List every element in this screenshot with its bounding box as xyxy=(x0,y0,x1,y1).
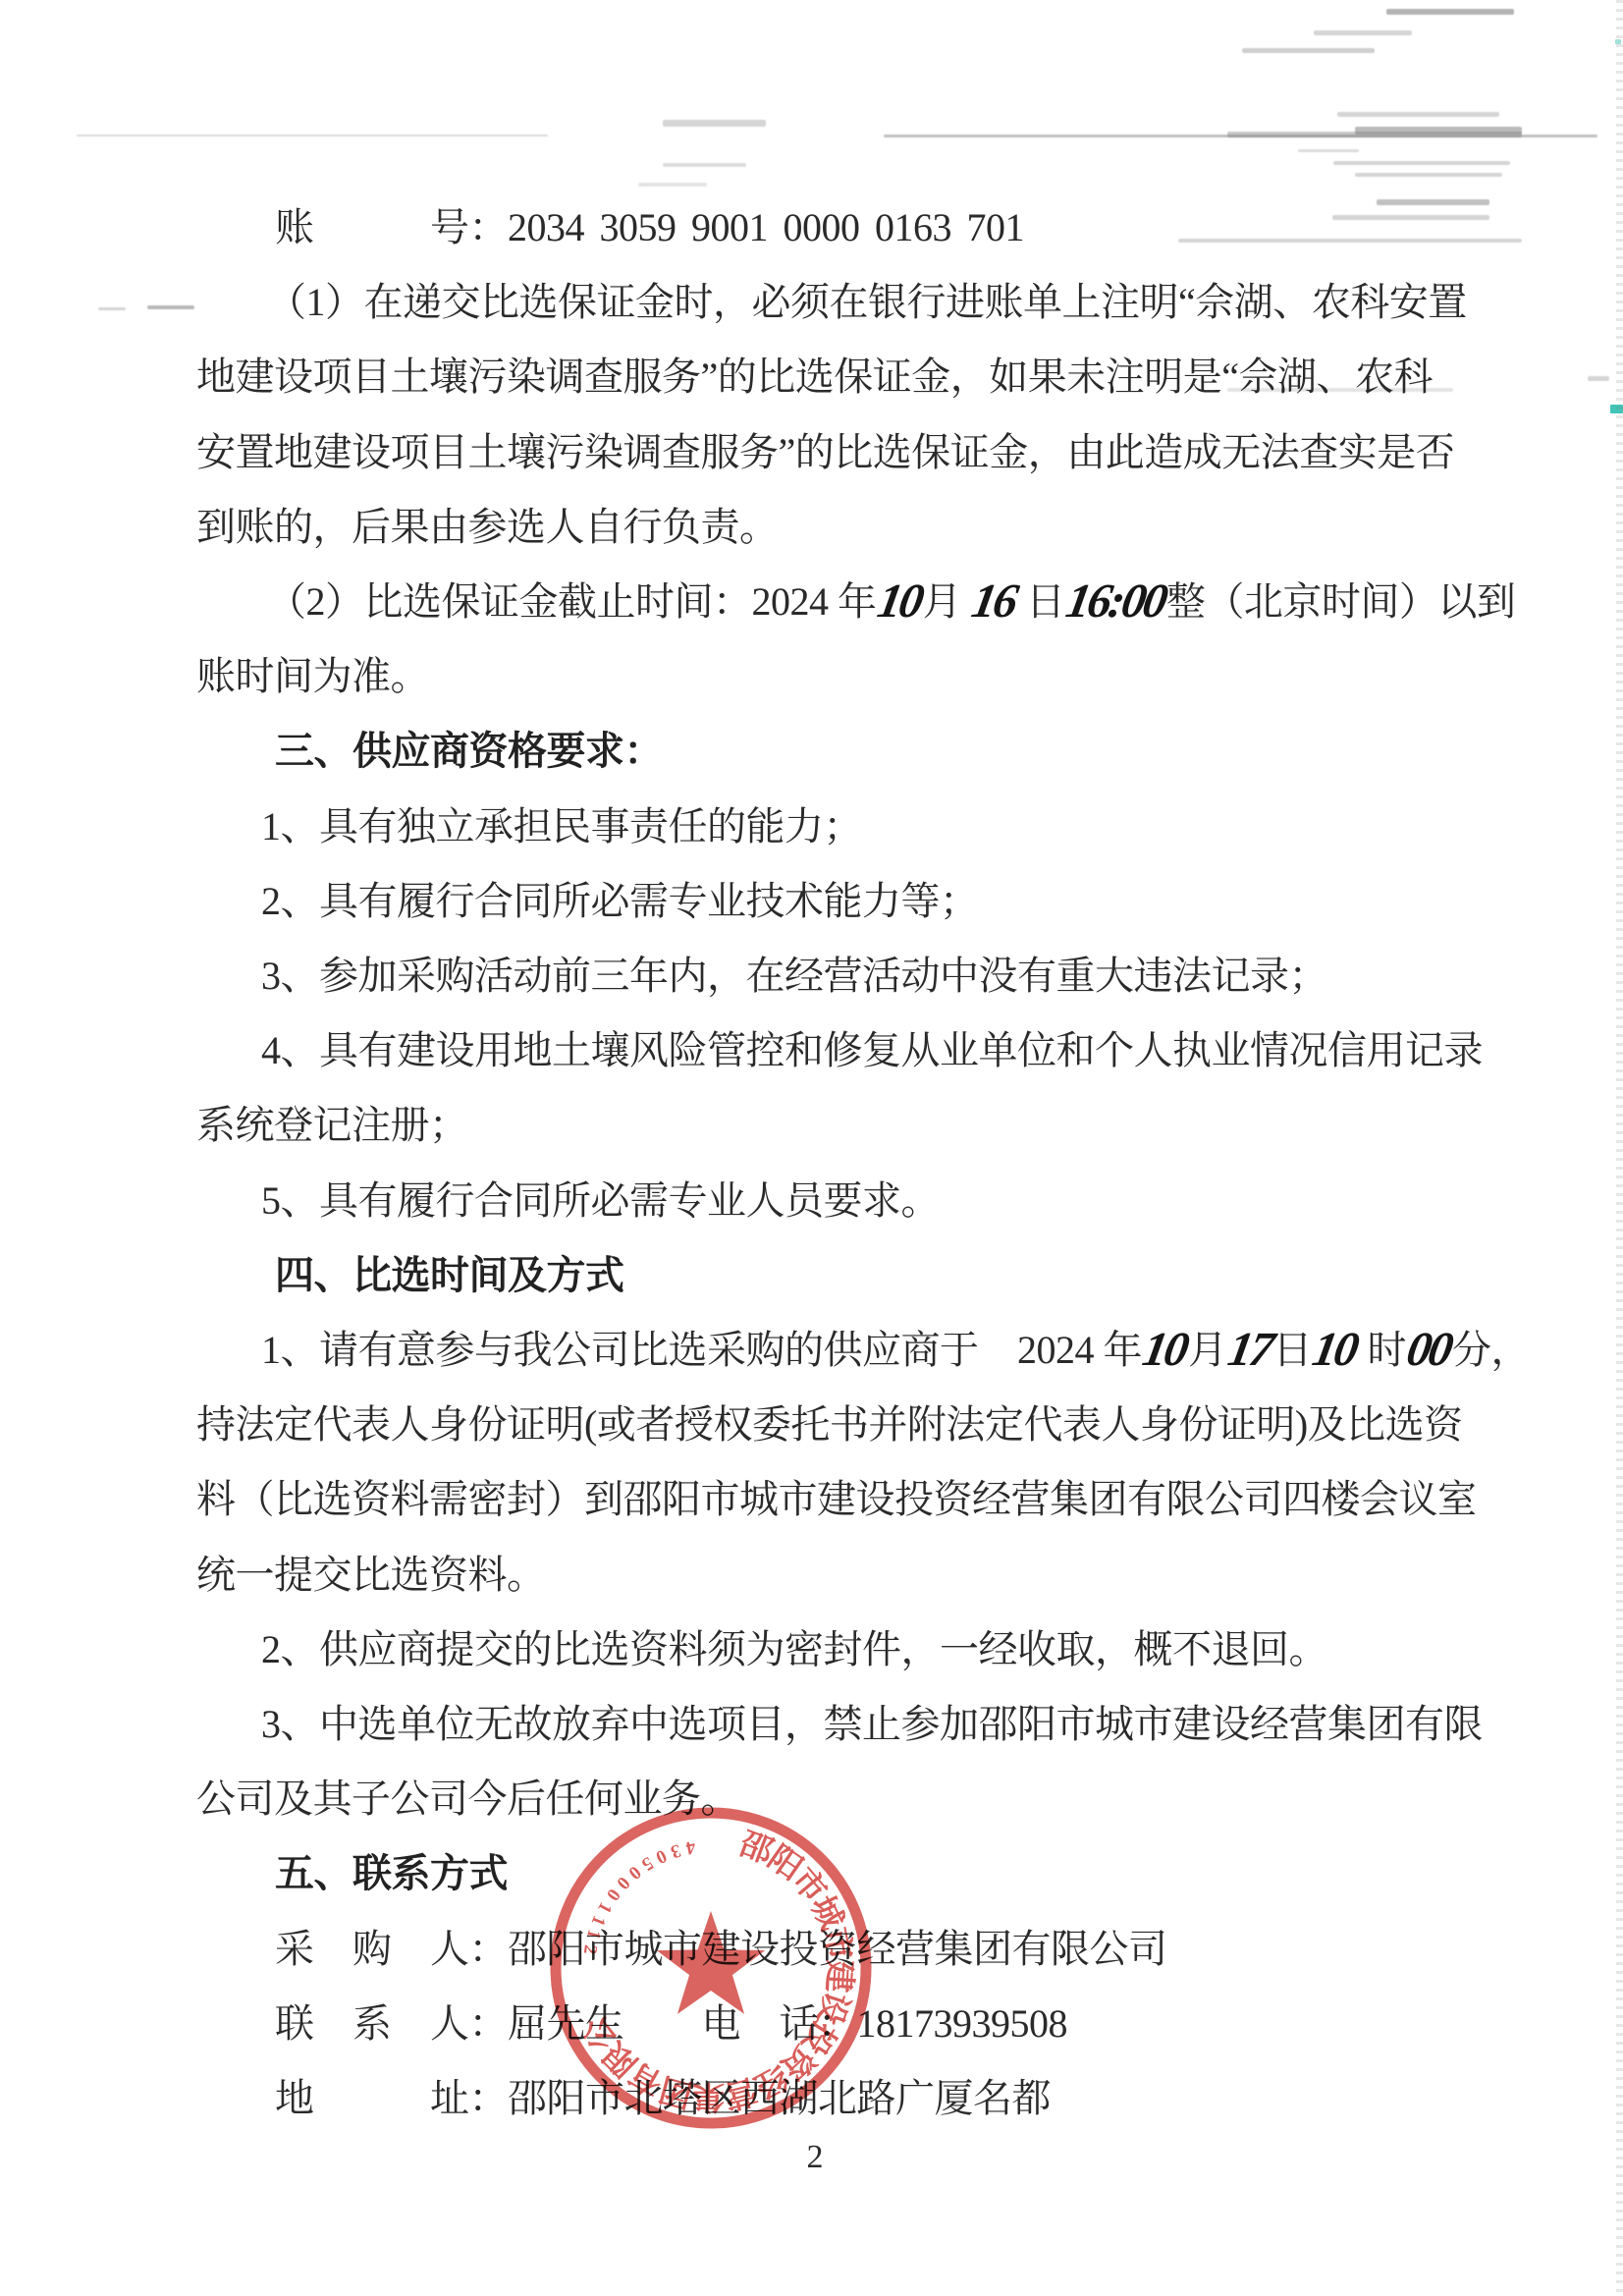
printed-text: 2、供应商提交的比选资料须为密封件，一经收取，概不退回。 xyxy=(261,1627,1327,1671)
edit-dash-artifact xyxy=(147,305,194,309)
printed-text: 整（北京时间）以到 xyxy=(1166,579,1516,624)
edit-dash-artifact xyxy=(98,307,126,310)
scanned-document-page: 账 号：2034 3059 9001 0000 0163 701（1）在递交比选… xyxy=(0,0,1623,2296)
text-line: 到账的，后果由参选人自行负责。 xyxy=(196,504,779,550)
scan-artifact xyxy=(1332,215,1489,220)
scan-artifact xyxy=(1314,30,1412,35)
text-line: 账 号：2034 3059 9001 0000 0163 701 xyxy=(275,204,1024,250)
printed-text: 五、联系方式 xyxy=(275,1851,508,1895)
scan-artifact xyxy=(1178,239,1522,243)
printed-text: 时 xyxy=(1358,1328,1406,1372)
text-line: （2）比选保证金截止时间：2024 年10月 16 日16:00整（北京时间）以… xyxy=(267,578,1515,625)
scan-artifact xyxy=(638,183,707,187)
scan-artifact xyxy=(1355,173,1502,177)
text-line: 3、中选单位无故放弃中选项目，禁止参加邵阳市城市建设经营集团有限 xyxy=(261,1701,1483,1747)
text-line: 5、具有履行合同所必需专业人员要求。 xyxy=(261,1177,940,1224)
scan-artifact xyxy=(1588,376,1609,381)
scan-edge-noise xyxy=(1616,0,1623,2296)
printed-text: 4、具有建设用地土壤风险管控和修复从业单位和个人执业情况信用记录 xyxy=(261,1028,1483,1072)
printed-text: 地建设项目土壤污染调查服务”的比选保证金，如果未注明是“佘湖、农科 xyxy=(196,355,1433,399)
printed-text: 3、参加采购活动前三年内，在经营活动中没有重大违法记录； xyxy=(261,954,1327,998)
text-line: 1、具有独立承担民事责任的能力； xyxy=(261,803,862,849)
text-line: 四、比选时间及方式 xyxy=(275,1252,624,1298)
printed-text: 2、具有履行合同所必需专业技术能力等； xyxy=(261,879,979,923)
seal-star-icon xyxy=(657,1911,765,2014)
text-line: 持法定代表人身份证明(或者授权委托书并附法定代表人身份证明)及比选资 xyxy=(196,1401,1463,1448)
scan-artifact xyxy=(663,163,746,167)
printed-text: 统一提交比选资料。 xyxy=(196,1553,546,1597)
printed-text: 持法定代表人身份证明(或者授权委托书并附法定代表人身份证明)及比选资 xyxy=(196,1402,1463,1447)
text-line: 料（比选资料需密封）到邵阳市城市建设投资经营集团有限公司四楼会议室 xyxy=(196,1476,1477,1522)
scan-artifact xyxy=(1377,199,1489,205)
text-line: （1）在递交比选保证金时，必须在银行进账单上注明“佘湖、农科安置 xyxy=(267,279,1467,325)
printed-text: 账时间为准。 xyxy=(196,654,429,698)
printed-text: 系统登记注册； xyxy=(196,1103,468,1147)
text-line: 安置地建设项目土壤污染调查服务”的比选保证金，由此造成无法查实是否 xyxy=(196,429,1454,475)
text-line: 地建设项目土壤污染调查服务”的比选保证金，如果未注明是“佘湖、农科 xyxy=(196,354,1433,400)
handwritten-text: 10 xyxy=(1140,1330,1189,1368)
handwritten-text: 16:00 xyxy=(1063,581,1167,620)
printed-text: 安置地建设项目土壤污染调查服务”的比选保证金，由此造成无法查实是否 xyxy=(196,430,1454,474)
printed-text: 1、请有意参与我公司比选采购的供应商于 2024 年 xyxy=(261,1328,1142,1372)
printed-text: 分， xyxy=(1452,1328,1530,1372)
scan-artifact xyxy=(1337,112,1499,117)
scan-artifact xyxy=(1386,9,1514,15)
printed-text: 5、具有履行合同所必需专业人员要求。 xyxy=(261,1178,940,1223)
scan-artifact xyxy=(1333,161,1510,165)
printed-text: 账 号：2034 3059 9001 0000 0163 701 xyxy=(275,205,1024,249)
text-line: 三、供应商资格要求： xyxy=(275,728,663,774)
scan-artifact xyxy=(77,135,548,137)
text-line: 4、具有建设用地土壤风险管控和修复从业单位和个人执业情况信用记录 xyxy=(261,1027,1483,1073)
printed-text: （1）在递交比选保证金时，必须在银行进账单上注明“佘湖、农科安置 xyxy=(267,280,1467,324)
text-line: 系统登记注册； xyxy=(196,1102,468,1148)
text-line: 2、具有履行合同所必需专业技术能力等； xyxy=(261,878,979,924)
printed-text: 月 xyxy=(923,579,971,624)
handwritten-text: 10 xyxy=(1310,1330,1359,1368)
printed-text: 料（比选资料需密封）到邵阳市城市建设投资经营集团有限公司四楼会议室 xyxy=(196,1477,1477,1521)
text-line: 五、联系方式 xyxy=(275,1850,508,1896)
scan-artifact xyxy=(663,120,766,127)
text-line: 2、供应商提交的比选资料须为密封件，一经收取，概不退回。 xyxy=(261,1626,1327,1672)
handwritten-text: 17 xyxy=(1225,1330,1274,1368)
handwritten-text: 16 xyxy=(969,581,1018,620)
text-line: 1、请有意参与我公司比选采购的供应商于 2024 年10月17日10 时00分， xyxy=(261,1327,1530,1373)
scan-artifact xyxy=(1242,48,1375,53)
printed-text: 到账的，后果由参选人自行负责。 xyxy=(196,505,779,549)
text-line: 统一提交比选资料。 xyxy=(196,1552,546,1598)
handwritten-text: 10 xyxy=(875,581,924,620)
printed-text: 日 xyxy=(1017,579,1065,624)
company-seal: 邵阳市城市建设投资经营集团有限公司 43050001112 xyxy=(544,1801,878,2135)
printed-text: 三、供应商资格要求： xyxy=(275,729,663,773)
printed-text: 3、中选单位无故放弃中选项目，禁止参加邵阳市城市建设经营集团有限 xyxy=(261,1702,1483,1746)
printed-text: 1、具有独立承担民事责任的能力； xyxy=(261,804,862,848)
printed-text: 日 xyxy=(1273,1328,1313,1372)
scan-artifact xyxy=(1298,149,1359,152)
printed-text: 月 xyxy=(1188,1328,1227,1372)
text-line: 账时间为准。 xyxy=(196,653,429,699)
text-line: 3、参加采购活动前三年内，在经营活动中没有重大违法记录； xyxy=(261,953,1327,999)
printed-text: （2）比选保证金截止时间：2024 年 xyxy=(267,579,877,624)
page-number: 2 xyxy=(785,2139,844,2176)
scan-artifact xyxy=(1227,132,1522,137)
printed-text: 四、比选时间及方式 xyxy=(275,1253,624,1297)
handwritten-text: 00 xyxy=(1404,1330,1453,1368)
